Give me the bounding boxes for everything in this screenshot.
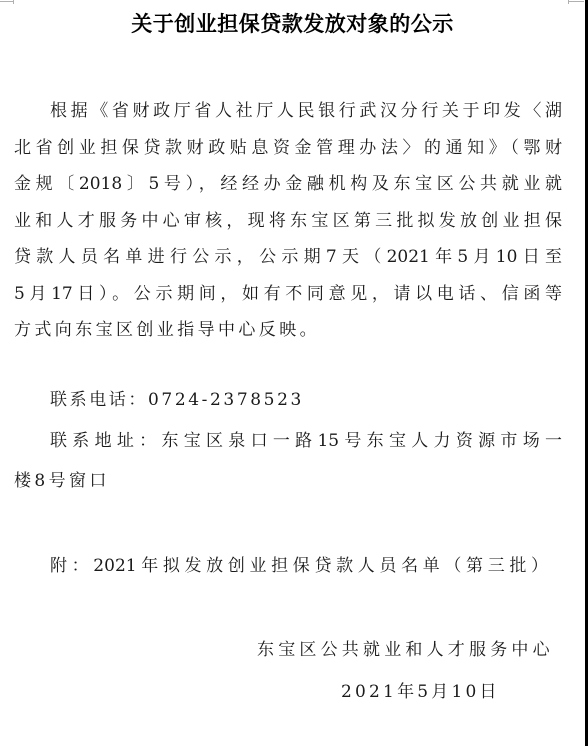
document-page: 关于创业担保贷款发放对象的公示 根据《省财政厅省人社厅人民银行武汉分行关于印发〈…: [0, 0, 585, 746]
signature-organization: 东宝区公共就业和人才服务中心: [257, 635, 554, 660]
body-line-3: 金规〔2018〕5号），经经办金融机构及东宝区公共就业就: [14, 169, 562, 194]
body-line-7: 方式向东宝区创业指导中心反映。: [14, 315, 320, 340]
crop-tick-top-right: [568, 0, 569, 4]
body-line-2: 北省创业担保贷款财政贴息资金管理办法〉的通知》（鄂财: [14, 133, 562, 158]
body-line-6: 5月17日）。公示期间，如有不同意见，请以电话、信函等: [14, 279, 562, 304]
document-title: 关于创业担保贷款发放对象的公示: [0, 8, 585, 38]
contact-phone: 联系电话：0724-2378523: [50, 385, 304, 410]
contact-address-line-2: 楼8号窗口: [14, 466, 110, 491]
contact-address-line-1: 联系地址：东宝区泉口一路15号东宝人力资源市场一: [50, 426, 562, 451]
crop-mark-top-left: [0, 1, 14, 2]
body-line-4: 业和人才服务中心审核，现将东宝区第三批拟发放创业担保: [14, 206, 562, 231]
crop-tick-top-left: [13, 0, 14, 4]
crop-mark-top-right: [568, 1, 584, 2]
signature-date: 2021年5月10日: [341, 677, 500, 702]
body-line-1: 根据《省财政厅省人社厅人民银行武汉分行关于印发〈湖: [50, 96, 562, 121]
attachment-line: 附：2021年拟发放创业担保贷款人员名单（第三批）: [50, 551, 548, 576]
body-line-5: 贷款人员名单进行公示，公示期7天（2021年5月10日至: [14, 242, 562, 267]
